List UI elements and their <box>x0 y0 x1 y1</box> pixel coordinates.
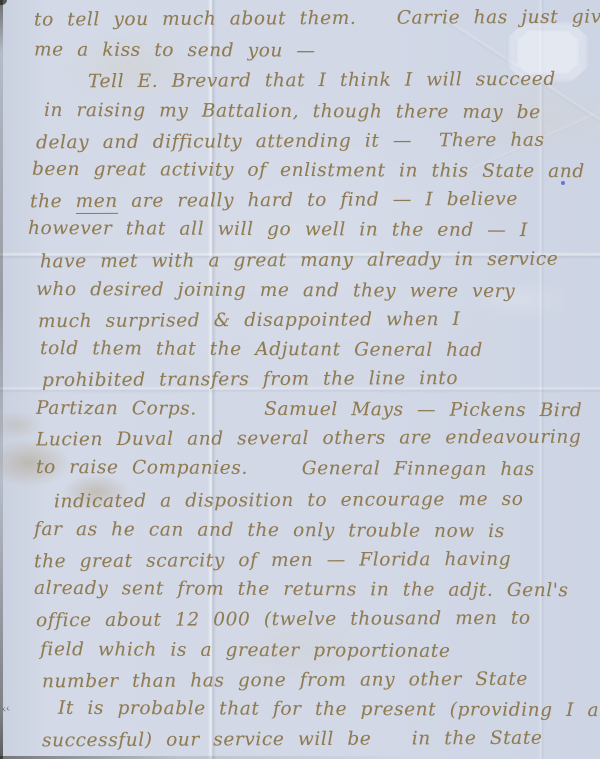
letter-line-15: Lucien Duval and several others are ende… <box>36 427 581 452</box>
letter-line-7: the men are really hard to find — I beli… <box>30 189 518 214</box>
letter-line-21: office about 12 000 (twelve thousand men… <box>36 608 531 633</box>
letter-line-9: have met with a great many already in se… <box>40 249 558 274</box>
letter-line-14: Partizan Corps. Samuel Mays — Pickens Bi… <box>36 398 582 422</box>
letter-line-7-before: the <box>30 191 76 212</box>
letter-line-25: successful) our service will be in the S… <box>42 728 542 753</box>
letter-line-4: in raising my Battalion, though there ma… <box>44 100 541 124</box>
letter-line-10: who desired joining me and they were ver… <box>36 279 515 303</box>
letter-line-5: delay and difficulty attending it — Ther… <box>36 130 545 155</box>
letter-line-22: field which is a greater proportionate <box>40 639 451 663</box>
letter-line-7-after: are really hard to find — I believe <box>118 189 518 212</box>
letter-line-3: Tell E. Brevard that I think I will succ… <box>88 69 556 93</box>
underlined-word: men <box>76 191 118 214</box>
letter-line-12: told them that the Adjutant General had <box>40 338 483 362</box>
letter-line-19: the great scarcity of men — Florida havi… <box>34 549 511 573</box>
letter-line-17: indicated a disposition to encourage me … <box>54 489 524 513</box>
letter-line-2: me a kiss to send you — <box>34 39 316 62</box>
letter-line-1: to tell you much about them. Carrie has … <box>34 6 600 31</box>
letter-line-13: prohibited transfers from the line into <box>42 368 458 392</box>
scan-edge-left <box>0 0 3 759</box>
letter-line-24: It is probable that for the present (pro… <box>58 698 600 723</box>
letter-line-18: far as he can and the only trouble now i… <box>34 519 505 543</box>
letter-line-23: number than has gone from any other Stat… <box>42 669 528 694</box>
letter-line-6: been great activity of enlistment in thi… <box>32 159 585 183</box>
letter-line-16: to raise Companies. General Finnegan has <box>36 457 535 481</box>
letter-body: to tell you much about them. Carrie has … <box>0 0 600 759</box>
letter-line-8: however that all will go well in the end… <box>28 218 528 242</box>
letter-line-11: much surprised & disappointed when I <box>38 309 461 333</box>
blue-ink-dot <box>561 181 565 185</box>
letter-line-20: already sent from the returns in the adj… <box>34 578 569 602</box>
